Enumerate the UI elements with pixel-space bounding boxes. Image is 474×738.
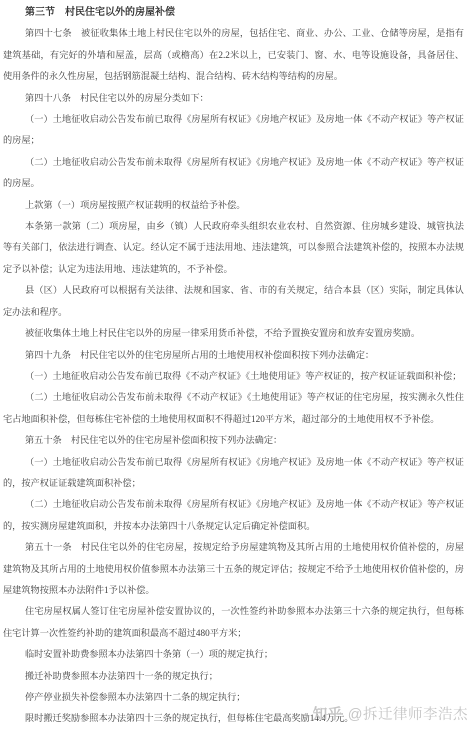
signing-subsidy-clause: 住宅房屋权属人签订住宅房屋补偿安置协议的，一次性签约补助参照本办法第三十六条的规… <box>3 601 464 644</box>
article-48-clause-determination: 本条第一款第（二）项房屋，由乡（镇）人民政府牵头组织农业农村、自然资源、住房城乡… <box>3 216 464 280</box>
article-48-item-1: （一）土地征收启动公告发布前已取得《房屋所有权证》《房地产权证》及房地一体《不动… <box>3 109 464 152</box>
article-49-item-1: （一）土地征收启动公告发布前已取得《不动产权证》《土地使用证》等产权证的，按产权… <box>3 366 464 387</box>
relocation-reward-clause: 限时搬迁奖励参照本办法第四十三条的规定执行，但每栋住宅最高奖励14.4万元。 <box>3 708 464 729</box>
business-loss-clause: 停产停业损失补偿参照本办法第四十二条的规定执行； <box>3 687 464 708</box>
article-47: 第四十七条 被征收集体土地上村民住宅以外的房屋，包括住宅、商业、办公、工业、仓储… <box>3 23 464 87</box>
article-50-item-2: （二）土地征收启动公告发布前未取得《房屋所有权证》《房地产权证》及房地一体《不动… <box>3 494 464 537</box>
article-51: 第五十一条 村民住宅以外的住宅房屋，按规定给予房屋建筑物及其所占用的土地使用权价… <box>3 537 464 601</box>
monetary-compensation-rule: 被征收集体土地上村民住宅以外的房屋一律采用货币补偿，不给予置换安置房和放弃安置房… <box>3 323 464 344</box>
moving-subsidy-clause: 搬迁补助费参照本办法第四十一条的规定执行； <box>3 666 464 687</box>
article-50: 第五十条 村民住宅以外的住宅房屋补偿面积按下列办法确定： <box>3 430 464 451</box>
article-48-clause-compensation: 上款第（一）项房屋按照产权证载明的权益给予补偿。 <box>3 195 464 216</box>
temporary-resettlement-clause: 临时安置补助费参照本办法第四十条第（一）项的规定执行； <box>3 644 464 665</box>
section-title: 第三节 村民住宅以外的房屋补偿 <box>3 2 464 23</box>
article-48-item-2: （二）土地征收启动公告发布前未取得《房屋所有权证》《房地产权证》及房地一体《不动… <box>3 152 464 195</box>
article-48: 第四十八条 村民住宅以外的房屋分类如下： <box>3 88 464 109</box>
article-49: 第四十九条 村民住宅以外的住宅房屋所占用的土地使用权补偿面积按下列办法确定： <box>3 345 464 366</box>
article-49-item-2: （二）土地征收启动公告发布前未取得《不动产权证》《土地使用证》等产权证的住宅房屋… <box>3 387 464 430</box>
legal-document-page: 第三节 村民住宅以外的房屋补偿 第四十七条 被征收集体土地上村民住宅以外的房屋，… <box>0 0 474 738</box>
article-48-clause-county-rules: 县（区）人民政府可以根据有关法律、法规和国家、省、市的有关规定，结合本县（区）实… <box>3 280 464 323</box>
article-50-item-1: （一）土地征收启动公告发布前已取得《房屋所有权证》《房地产权证》及房地一体《不动… <box>3 452 464 495</box>
